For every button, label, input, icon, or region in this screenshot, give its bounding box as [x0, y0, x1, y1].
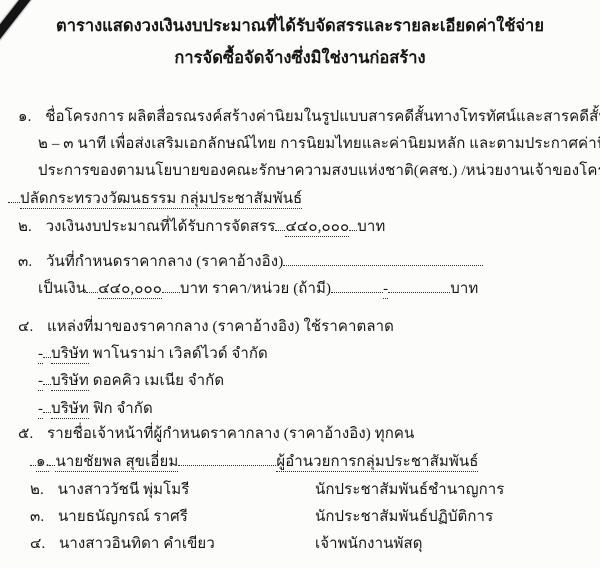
item1-number: ๑. — [18, 104, 31, 128]
item5-label: รายชื่อเจ้าหน้าที่ผู้กำหนดราคากลาง (ราคา… — [47, 426, 414, 442]
officer-position: นักประชาสัมพันธ์ปฏิบัติการ — [315, 504, 493, 528]
dotted-leader — [275, 218, 285, 231]
officer-position: นักประชาสัมพันธ์ชำนาญการ — [315, 477, 504, 501]
item5-line: ๕. รายชื่อเจ้าหน้าที่ผู้กำหนดราคากลาง (ร… — [18, 421, 414, 445]
item3-unit2: บาท — [450, 281, 478, 297]
dotted-leader — [43, 345, 51, 358]
company-name: พาโนราม่า เวิลด์ไวด์ จำกัด — [89, 346, 268, 362]
scanned-document-page: ตารางแสดงวงเงินงบประมาณที่ได้รับจัดสรรแล… — [0, 0, 600, 568]
item2-label: วงเงินงบประมาณที่ได้รับการจัดสรร — [46, 219, 276, 235]
dotted-leader — [43, 400, 51, 413]
officer-no: ๒. — [30, 477, 44, 501]
dotted-leader — [178, 453, 276, 466]
item2-number: ๒. — [18, 214, 32, 238]
item4-line: ๔. แหล่งที่มาของราคากลาง (ราคาอ้างอิง) ใ… — [18, 314, 394, 338]
company-row: -บริษัท ฟิก จำกัด — [38, 396, 153, 420]
item1-text1: ชื่อโครงการ ผลิตสื่อรณรงค์สร้างค่านิยมใน… — [45, 109, 600, 125]
item3-per-unit-label: ราคา/หน่วย (ถ้ามี) — [212, 281, 331, 297]
company-prefix: บริษัท — [51, 346, 89, 364]
officer-name: นางสาวอินทิดา คำเขียว — [59, 536, 215, 552]
item4-number: ๔. — [18, 314, 33, 338]
officer-no: ๔. — [30, 531, 45, 555]
company-row: -บริษัท พาโนราม่า เวิลด์ไวด์ จำกัด — [38, 341, 268, 365]
document-title-line1: ตารางแสดงวงเงินงบประมาณที่ได้รับจัดสรรแล… — [0, 13, 600, 39]
dotted-leader — [86, 280, 98, 293]
officer-name: นางสาววัชนี พุ่มโมรี — [58, 482, 190, 498]
item1-agency: ปลัดกระทรวงวัฒนธรรม กลุ่มประชาสัมพันธ์ — [20, 191, 302, 209]
item3-number: ๓. — [18, 249, 32, 273]
item1-line1: ๑. ชื่อโครงการ ผลิตสื่อรณรงค์สร้างค่านิย… — [18, 104, 600, 128]
company-prefix: บริษัท — [51, 401, 89, 419]
dotted-leader — [43, 372, 51, 385]
officer-name: นายธนัญกรณ์ ราศรี — [58, 509, 188, 525]
dotted-blank-date — [283, 253, 483, 266]
officer-row: ๔. นางสาวอินทิดา คำเขียว เจ้าพนักงานพัสด… — [30, 531, 590, 555]
item2-line: ๒. วงเงินงบประมาณที่ได้รับการจัดสรร๔๔๐,๐… — [18, 214, 385, 238]
officer-position: ผู้อำนวยการกลุ่มประชาสัมพันธ์ — [276, 454, 478, 472]
item5-number: ๕. — [18, 421, 33, 445]
document-title-line2: การจัดซื้อจัดจ้างซึ่งมิใช่งานก่อสร้าง — [0, 45, 600, 71]
item1-text3: ประการของตามนโยบายของคณะรักษาความสงบแห่ง… — [38, 163, 600, 179]
item3-line2: เป็นเงิน๔๔๐,๐๐๐บาท ราคา/หน่วย (ถ้ามี)-บา… — [38, 276, 478, 300]
dotted-leader — [8, 190, 20, 203]
company-name: ดอคคิว เมเนีย จำกัด — [89, 373, 224, 389]
item1-line3: ประการของตามนโยบายของคณะรักษาความสงบแห่ง… — [38, 158, 600, 182]
dotted-leader — [162, 280, 180, 293]
officer-no: ๑. — [36, 454, 49, 472]
item2-amount: ๔๔๐,๐๐๐ — [285, 219, 349, 237]
company-name: ฟิก จำกัด — [89, 401, 153, 417]
item3-amount: ๔๔๐,๐๐๐ — [98, 281, 162, 299]
item4-label: แหล่งที่มาของราคากลาง (ราคาอ้างอิง) ใช้ร… — [47, 319, 394, 335]
item3-unit1: บาท — [180, 281, 208, 297]
item2-unit: บาท — [357, 219, 385, 235]
company-row: -บริษัท ดอคคิว เมเนีย จำกัด — [38, 368, 224, 392]
item3-label: วันที่กำหนดราคากลาง (ราคาอ้างอิง) — [46, 254, 283, 270]
officer-row: ๓. นายธนัญกรณ์ ราศรี นักประชาสัมพันธ์ปฏิ… — [30, 504, 590, 528]
company-prefix: บริษัท — [51, 373, 89, 391]
officer-row: ๑.นายชัยพล สุขเอี่ยมผู้อำนวยการกลุ่มประช… — [30, 449, 590, 473]
dotted-leader — [388, 280, 450, 293]
dotted-leader — [331, 280, 383, 293]
item1-line2: ๒ – ๓ นาที เพื่อส่งเสริมเอกลักษณ์ไทย การ… — [38, 131, 600, 155]
officer-position: เจ้าพนักงานพัสดุ — [315, 531, 423, 555]
item1-text2: ๒ – ๓ นาที เพื่อส่งเสริมเอกลักษณ์ไทย การ… — [38, 136, 600, 152]
officer-row: ๒. นางสาววัชนี พุ่มโมรี นักประชาสัมพันธ์… — [30, 477, 590, 501]
item1-line4: ปลัดกระทรวงวัฒนธรรม กลุ่มประชาสัมพันธ์ — [8, 186, 302, 210]
item3-line1: ๓. วันที่กำหนดราคากลาง (ราคาอ้างอิง) — [18, 249, 483, 273]
item3-prefix: เป็นเงิน — [38, 281, 86, 297]
officer-no: ๓. — [30, 504, 44, 528]
officer-name: นายชัยพล สุขเอี่ยม — [55, 454, 178, 472]
